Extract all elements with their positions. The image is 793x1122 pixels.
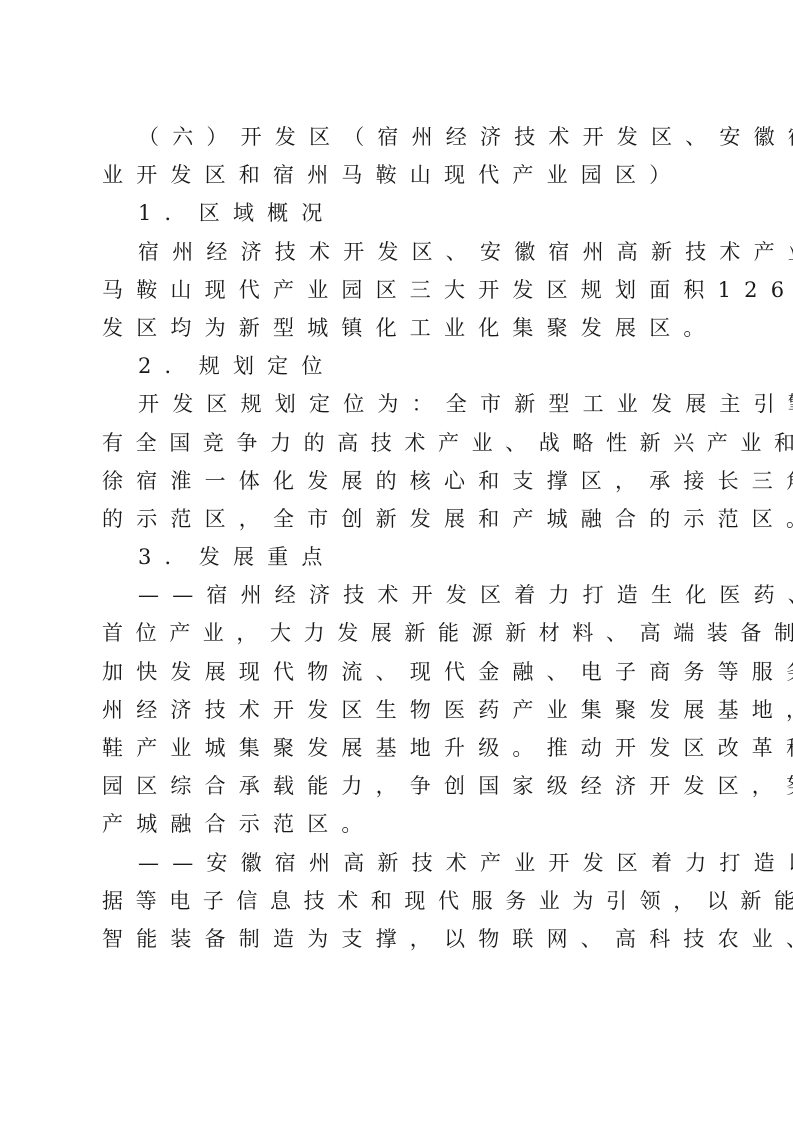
paragraph-line: 有全国竞争力的高技术产业、战略性新兴产业和先进制造业基地， [102, 424, 694, 462]
paragraph-line: 首位产业，大力发展新能源新材料、高端装备制造两个主导产业， [102, 614, 694, 652]
paragraph-line: 鞋产业城集聚发展基地升级。推动开发区改革和创新发展，提高 [102, 729, 694, 767]
subsection-heading-development-focus: 3．发展重点 [102, 538, 694, 576]
paragraph-line: ——安徽宿州高新技术产业开发区着力打造以云计算大数 [102, 844, 694, 882]
section-heading-line-2: 业开发区和宿州马鞍山现代产业园区） [102, 156, 694, 194]
paragraph-line: 的示范区，全市创新发展和产城融合的示范区。 [102, 500, 694, 538]
paragraph-line: 徐宿淮一体化发展的核心和支撑区，承接长三角城市群产业转移 [102, 462, 694, 500]
paragraph-line: 加快发展现代物流、现代金融、电子商务等服务业。重点建设宿 [102, 653, 694, 691]
paragraph-line: 马鞍山现代产业园区三大开发区规划面积126平方千米。三大开 [102, 271, 694, 309]
paragraph-line: ——宿州经济技术开发区着力打造生化医药、鞋服制造两个 [102, 576, 694, 614]
paragraph-line: 发区均为新型城镇化工业化集聚发展区。 [102, 309, 694, 347]
document-page: （六）开发区（宿州经济技术开发区、安徽宿州高新技术产 业开发区和宿州马鞍山现代产… [102, 118, 694, 958]
section-heading-line-1: （六）开发区（宿州经济技术开发区、安徽宿州高新技术产 [102, 118, 694, 156]
subsection-heading-overview: 1．区域概况 [102, 194, 694, 232]
paragraph-line: 产城融合示范区。 [102, 805, 694, 843]
paragraph-line: 园区综合承载能力，争创国家级经济开发区，努力建设成为国家 [102, 767, 694, 805]
paragraph-line: 智能装备制造为支撑，以物联网、高科技农业、科技研发等为配 [102, 920, 694, 958]
paragraph-line: 州经济技术开发区生物医药产业集聚发展基地，引导中国现代制 [102, 691, 694, 729]
paragraph-line: 据等电子信息技术和现代服务业为引领，以新能源新材料产业、 [102, 882, 694, 920]
subsection-heading-positioning: 2．规划定位 [102, 347, 694, 385]
paragraph-line: 开发区规划定位为：全市新型工业发展主引擎和主战场，具 [102, 385, 694, 423]
paragraph-line: 宿州经济技术开发区、安徽宿州高新技术产业开发区和宿州 [102, 233, 694, 271]
